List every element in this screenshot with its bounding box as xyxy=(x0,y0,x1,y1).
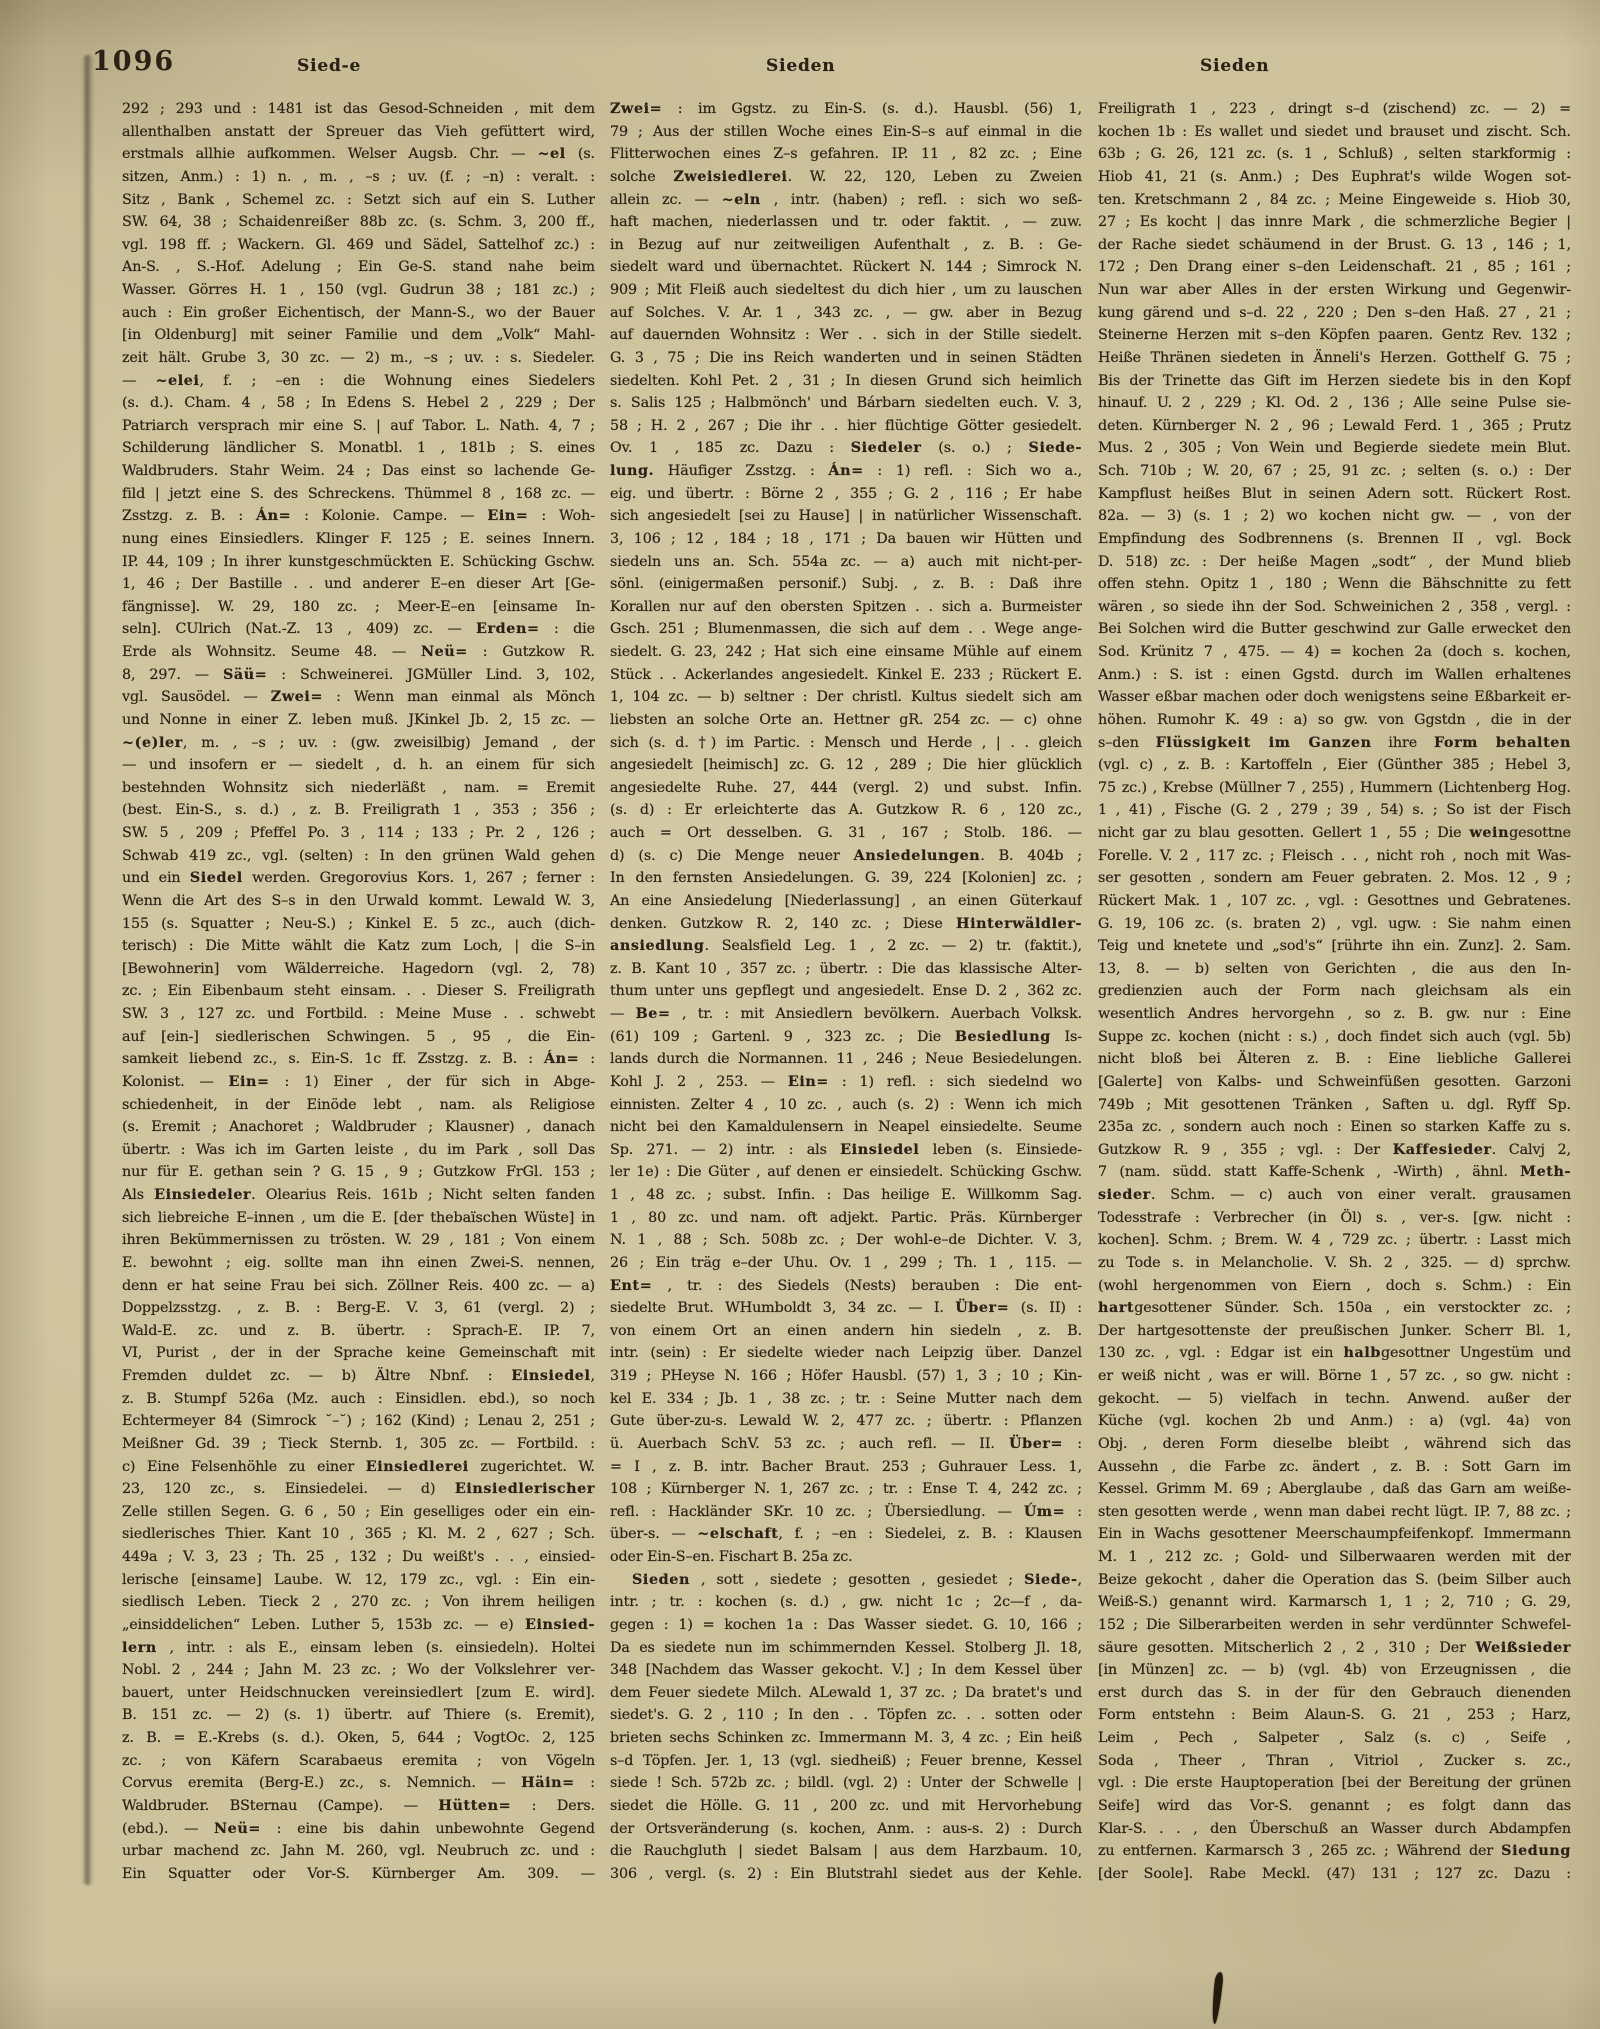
text-line: säure gesotten. Mitscherlich 2 , 2 , 310… xyxy=(1098,1637,1571,1660)
text-line: solche Zweisiedlerei. W. 22, 120, Leben … xyxy=(610,166,1082,189)
text-line: Gsch. 251 ; Blumenmassen, die sich auf d… xyxy=(610,618,1082,641)
text-line: auf dauernden Wohnsitz : Wer . . sich in… xyxy=(610,324,1082,347)
text-line: Nobl. 2 , 244 ; Jahn M. 23 zc. ; Wo der … xyxy=(122,1659,595,1682)
text-line: Soda , Theer , Thran , Vitriol , Zucker … xyxy=(1098,1750,1571,1773)
text-column-2: Zwei= : im Ggstz. zu Ein-S. (s. d.). Hau… xyxy=(610,98,1082,1885)
text-line: deten. Kürnberger N. 2 , 96 ; Lewald Fer… xyxy=(1098,415,1571,438)
text-line: Schwab 419 zc., vgl. (selten) : In den g… xyxy=(122,845,595,868)
text-line: siedet die Hölle. G. 11 , 200 zc. und mi… xyxy=(610,1795,1082,1818)
text-line: Korallen nur auf den obersten Spitzen . … xyxy=(610,596,1082,619)
text-line: siedelte Brut. WHumboldt 3, 34 zc. — I. … xyxy=(610,1297,1082,1320)
text-line: vgl. Sausödel. — Zwei= : Wenn man einmal… xyxy=(122,686,595,709)
text-line: sich angesiedelt [sei zu Hause] | in nat… xyxy=(610,505,1082,528)
text-line: Beize gekocht , daher die Operation das … xyxy=(1098,1569,1571,1592)
text-line: Mus. 2 , 305 ; Von Wein und Begierde sie… xyxy=(1098,437,1571,460)
text-line: ler 1e) : Die Güter , auf denen er einsi… xyxy=(610,1161,1082,1184)
text-line: 63b ; G. 26, 121 zc. (s. 1 , Schluß) , s… xyxy=(1098,143,1571,166)
text-line: [der Soole]. Rabe Meckl. (47) 131 ; 127 … xyxy=(1098,1863,1571,1886)
text-line: E. bewohnt ; eig. sollte man ihn einen Z… xyxy=(122,1252,595,1275)
text-line: Sp. 271. — 2) intr. : als Einsiedel lebe… xyxy=(610,1139,1082,1162)
text-line: Suppe zc. kochen (nicht : s.) , doch fin… xyxy=(1098,1026,1571,1049)
text-column-3: Freiligrath 1 , 223 , dringt s–d (zische… xyxy=(1098,98,1571,1885)
text-line: siedelt ward und übernachtet. Rückert N.… xyxy=(610,256,1082,279)
text-line: Leim , Pech , Salpeter , Salz (s. c) , S… xyxy=(1098,1727,1571,1750)
text-line: wären , so siede ihn der Sod. Schweinich… xyxy=(1098,596,1571,619)
text-line: (vgl. c) , z. B. : Kartoffeln , Eier (Gü… xyxy=(1098,754,1571,777)
text-line: Wald-E. zc. und z. B. übertr. : Sprach-E… xyxy=(122,1320,595,1343)
text-line: hinauf. U. 2 , 229 ; Kl. Od. 2 , 136 ; A… xyxy=(1098,392,1571,415)
text-line: sich liebreiche E–innen , um die E. [der… xyxy=(122,1207,595,1230)
text-line: zc. ; von Käfern Scarabaeus eremita ; vo… xyxy=(122,1750,595,1773)
text-line: An-S. , S.-Hof. Adelung ; Ein Ge-S. stan… xyxy=(122,256,595,279)
text-line: Sch. 710b ; W. 20, 67 ; 25, 91 zc. ; sel… xyxy=(1098,460,1571,483)
text-line: SW. 5 , 209 ; Pfeffel Po. 3 , 114 ; 133 … xyxy=(122,822,595,845)
text-line: Küche (vgl. kochen 2b und Anm.) : a) (vg… xyxy=(1098,1410,1571,1433)
text-line: (wohl hergenommen von Eiern , doch s. Sc… xyxy=(1098,1275,1571,1298)
text-line: SW. 64, 38 ; Schaidenreißer 88b zc. (s. … xyxy=(122,211,595,234)
text-line: 1 , 48 zc. ; subst. Infin. : Das heilige… xyxy=(610,1184,1082,1207)
text-line: zeit hält. Grube 3, 30 zc. — 2) m., –s ;… xyxy=(122,347,595,370)
text-line: Ein in Wachs gesottener Meerschaumpfeife… xyxy=(1098,1523,1571,1546)
text-line: auf Solches. V. Ar. 1 , 343 zc. , — gw. … xyxy=(610,302,1082,325)
text-line: Wenn die Art des S–s in den Urwald kommt… xyxy=(122,890,595,913)
text-line: Sieden , sott , siedete ; gesotten , ges… xyxy=(610,1569,1082,1592)
text-line: Da es siedete nun im schimmernden Kessel… xyxy=(610,1637,1082,1660)
text-line: An eine Ansiedelung [Niederlassung] , an… xyxy=(610,890,1082,913)
text-line: auf [ein-] siedlerischen Schwingen. 5 , … xyxy=(122,1026,595,1049)
text-line: IP. 44, 109 ; In ihrer kunstgeschmückten… xyxy=(122,551,595,574)
text-line: Meißner Gd. 39 ; Tieck Sternb. 1, 305 zc… xyxy=(122,1433,595,1456)
text-line: terisch) : Die Mitte wählt die Katz zum … xyxy=(122,935,595,958)
text-line: nur für E. gethan sein ? G. 15 , 9 ; Gut… xyxy=(122,1161,595,1184)
text-line: Bis der Trinette das Gift im Herzen sied… xyxy=(1098,370,1571,393)
text-line: ser gesotten , sondern am Feuer gebraten… xyxy=(1098,867,1571,890)
text-line: s. Salis 125 ; Halbmönch' und Bárbarn si… xyxy=(610,392,1082,415)
text-line: Echtermeyer 84 (Simrock ˘–˘) ; 162 (Kind… xyxy=(122,1410,595,1433)
text-line: 172 ; Den Drang einer s–den Leidenschaft… xyxy=(1098,256,1571,279)
text-line: Forelle. V. 2 , 117 zc. ; Fleisch . . , … xyxy=(1098,845,1571,868)
text-line: Waldbruder. BSternau (Campe). — Hütten= … xyxy=(122,1795,595,1818)
text-line: gegen : 1) = kochen 1a : Das Wasser sied… xyxy=(610,1614,1082,1637)
text-line: Empfindung des Sodbrennens (s. Brennen I… xyxy=(1098,528,1571,551)
text-line: denn er hat seine Frau bei sich. Zöllner… xyxy=(122,1275,595,1298)
text-line: Wasser. Görres H. 1 , 150 (vgl. Gudrun 3… xyxy=(122,279,595,302)
text-line: kochen 1b : Es wallet und siedet und bra… xyxy=(1098,121,1571,144)
text-line: 1 , 41) , Fische (G. 2 , 279 ; 39 , 54) … xyxy=(1098,799,1571,822)
text-line: Waldbruders. Stahr Weim. 24 ; Das einst … xyxy=(122,460,595,483)
text-line: liebsten an solche Orte an. Hettner gR. … xyxy=(610,709,1082,732)
text-line: der Rache siedet schäumend in der Brust.… xyxy=(1098,234,1571,257)
text-line: (s. d) : Er erleichterte das A. Gutzkow … xyxy=(610,799,1082,822)
text-line: siedelt. G. 23, 242 ; Hat sich eine eins… xyxy=(610,641,1082,664)
text-line: — und insofern er — siedelt , d. h. an e… xyxy=(122,754,595,777)
text-line: hartgesottener Sünder. Sch. 150a , ein v… xyxy=(1098,1297,1571,1320)
text-line: — ~elei, f. ; –en : die Wohnung eines Si… xyxy=(122,370,595,393)
text-line: haft machen, niederlassen und tr. oder f… xyxy=(610,211,1082,234)
text-line: Sod. Krünitz 7 , 475. — 4) = kochen 2a (… xyxy=(1098,641,1571,664)
text-line: dem Feuer siedete Milch. ALewald 1, 37 z… xyxy=(610,1682,1082,1705)
text-line: Weiß-S.) genannt wird. Karmarsch 1, 1 ; … xyxy=(1098,1591,1571,1614)
text-line: G. 19, 106 zc. (s. braten 2) , vgl. ugw.… xyxy=(1098,913,1571,936)
text-line: Aussehn , die Farbe zc. ändert , z. B. :… xyxy=(1098,1456,1571,1479)
text-line: denken. Gutzkow R. 2, 140 zc. ; Diese Hi… xyxy=(610,913,1082,936)
text-line: allenthalben anstatt der Spreuer das Vie… xyxy=(122,121,595,144)
text-line: fild | jetzt eine S. des Schreckens. Thü… xyxy=(122,483,595,506)
text-line: Erde als Wohnsitz. Seume 48. — Neü= : Gu… xyxy=(122,641,595,664)
text-line: Teig und knetete und „sod's“ [rührte ihn… xyxy=(1098,935,1571,958)
text-line: er weiß nicht , was er will. Börne 1 , 5… xyxy=(1098,1365,1571,1388)
text-line: Kolonist. — Ein= : 1) Einer , der für si… xyxy=(122,1071,595,1094)
text-line: siede ! Sch. 572b zc. ; bildl. (vgl. 2) … xyxy=(610,1772,1082,1795)
ink-smudge xyxy=(1210,1972,1223,2025)
text-line: und Nonne in einer Z. leben muß. JKinkel… xyxy=(122,709,595,732)
text-line: Heiße Thränen siedeten in Änneli's Herze… xyxy=(1098,347,1571,370)
text-line: siedeln uns an. Sch. 554a zc. — a) auch … xyxy=(610,551,1082,574)
text-line: siedelten. Kohl Pet. 2 , 31 ; In diesen … xyxy=(610,370,1082,393)
text-line: siedet's. G. 2 , 110 ; In den . . Töpfen… xyxy=(610,1704,1082,1727)
text-line: auch : Ein großer Eichentisch, der Mann-… xyxy=(122,302,595,325)
text-line: intr. (sein) : Er siedelte wieder nach L… xyxy=(610,1342,1082,1365)
text-line: 13, 8. — b) selten von Gerichten , die a… xyxy=(1098,958,1571,981)
text-line: nicht bei den Kamaldulensern in Neapel e… xyxy=(610,1116,1082,1139)
text-line: thum unter uns gepflegt und angesiedelt.… xyxy=(610,980,1082,1003)
running-head-col2: Sieden xyxy=(766,56,835,76)
text-line: 7 (nam. südd. statt Kaffe-Schenk , -Wirt… xyxy=(1098,1161,1571,1184)
text-line: Form entstehn : Beim Alaun-S. G. 21 , 25… xyxy=(1098,1704,1571,1727)
text-line: 79 ; Aus der stillen Woche eines Ein-S–s… xyxy=(610,121,1082,144)
text-line: Der hartgesottenste der preußischen Junk… xyxy=(1098,1320,1571,1343)
text-line: die Rauchgluth | siedet Balsam | aus dem… xyxy=(610,1840,1082,1863)
text-line: Nun war aber Alles in der ersten Wirkung… xyxy=(1098,279,1571,302)
text-line: Steinerne Herzen mit s–den Köpfen paaren… xyxy=(1098,324,1571,347)
text-line: N. 1 , 88 ; Sch. 508b zc. ; Der wohl-e–d… xyxy=(610,1229,1082,1252)
text-line: kung gärend und s–d. 22 , 220 ; Den s–de… xyxy=(1098,302,1571,325)
text-line: Sitz , Bank , Schemel zc. : Setzt sich a… xyxy=(122,189,595,212)
text-line: lung. Häufiger Zsstzg. : Án= : 1) refl. … xyxy=(610,460,1082,483)
text-line: 306 , vergl. (s. 2) : Ein Blutstrahl sie… xyxy=(610,1863,1082,1886)
text-line: ~(e)ler, m. , –s ; uv. : (gw. zweisilbig… xyxy=(122,732,595,755)
text-line: In den fernsten Ansiedelungen. G. 39, 22… xyxy=(610,867,1082,890)
text-line: siedlisch Leben. Tieck 2 , 270 zc. ; Von… xyxy=(122,1591,595,1614)
text-line: z. B. = E.-Krebs (s. d.). Oken, 5, 644 ;… xyxy=(122,1727,595,1750)
text-line: = I , z. B. intr. Bacher Braut. 253 ; Gu… xyxy=(610,1456,1082,1479)
text-line: nicht gar zu blau gesotten. Gellert 1 , … xyxy=(1098,822,1571,845)
text-line: Wasser eßbar machen oder doch wenigstens… xyxy=(1098,686,1571,709)
text-line: einnisten. Zelter 4 , 10 zc. , auch (s. … xyxy=(610,1094,1082,1117)
text-line: kochen]. Schm. ; Brem. W. 4 , 729 zc. ; … xyxy=(1098,1229,1571,1252)
page-number: 1096 xyxy=(92,46,175,77)
text-line: urbar machend zc. Jahn M. 260, vgl. Neub… xyxy=(122,1840,595,1863)
text-line: Corvus eremita (Berg-E.) zc., s. Nemnich… xyxy=(122,1772,595,1795)
text-line: Freiligrath 1 , 223 , dringt s–d (zische… xyxy=(1098,98,1571,121)
text-line: sten gesotten werde , wenn man dabei rec… xyxy=(1098,1501,1571,1524)
text-line: d) (s. c) Die Menge neuer Ansiedelungen.… xyxy=(610,845,1082,868)
text-line: ü. Auerbach SchV. 53 zc. ; auch refl. — … xyxy=(610,1433,1082,1456)
text-line: über-s. — ~elschaft, f. ; –en : Siedelei… xyxy=(610,1523,1082,1546)
text-line: Kohl J. 2 , 253. — Ein= : 1) refl. : sic… xyxy=(610,1071,1082,1094)
text-line: 909 ; Mit Fleiß auch siedeltest du dich … xyxy=(610,279,1082,302)
text-line: Stück . . Ackerlandes angesiedelt. Kinke… xyxy=(610,664,1082,687)
text-line: 1 , 80 zc. und nam. oft adjekt. Partic. … xyxy=(610,1207,1082,1230)
text-line: gekocht. — 5) vielfach in techn. Anwend.… xyxy=(1098,1388,1571,1411)
text-line: (ebd.). — Neü= : eine bis dahin unbewohn… xyxy=(122,1818,595,1841)
text-line: angesiedelt [heimisch] zc. G. 12 , 289 ;… xyxy=(610,754,1082,777)
text-line: (best. Ein-S., s. d.) , z. B. Freiligrat… xyxy=(122,799,595,822)
text-line: vgl. 198 ff. ; Wackern. Gl. 469 und Säde… xyxy=(122,234,595,257)
text-line: höhen. Rumohr K. 49 : a) so gw. von Ggst… xyxy=(1098,709,1571,732)
text-line: sich (s. d. †) im Partic. : Mensch und H… xyxy=(610,732,1082,755)
text-line: 26 ; Ein träg e–der Uhu. Ov. 1 , 299 ; T… xyxy=(610,1252,1082,1275)
text-line: fängnisse]. W. 29, 180 zc. ; Meer-E–en [… xyxy=(122,596,595,619)
text-line: 3, 106 ; 12 , 184 ; 18 , 171 ; Da bauen … xyxy=(610,528,1082,551)
text-line: 130 zc. , vgl. : Edgar ist ein halbgesot… xyxy=(1098,1342,1571,1365)
text-line: [Bewohnerin] vom Wälderreiche. Hagedorn … xyxy=(122,958,595,981)
text-line: samkeit liebend zc., s. Ein-S. 1c ff. Zs… xyxy=(122,1048,595,1071)
running-head-col3: Sieden xyxy=(1200,56,1269,76)
text-line: eig. und übertr. : Börne 2 , 355 ; G. 2 … xyxy=(610,483,1082,506)
text-line: auch = Ort desselben. G. 31 , 167 ; Stol… xyxy=(610,822,1082,845)
text-line: M. 1 , 212 zc. ; Gold- und Silberwaaren … xyxy=(1098,1546,1571,1569)
text-line: Anm.) : S. ist : einen Ggstd. durch im W… xyxy=(1098,664,1571,687)
text-line: Obj. , deren Form dieselbe bleibt , währ… xyxy=(1098,1433,1571,1456)
text-line: schiedenheit, in der Einöde lebt , nam. … xyxy=(122,1094,595,1117)
text-line: Zwei= : im Ggstz. zu Ein-S. (s. d.). Hau… xyxy=(610,98,1082,121)
scanned-dictionary-page: 1096 Sied-e Sieden Sieden 292 ; 293 und … xyxy=(0,0,1600,2029)
text-line: angesiedelte Ruhe. 27, 444 (vergl. 2) un… xyxy=(610,777,1082,800)
text-line: Hiob 41, 21 (s. Anm.) ; Des Euphrat's wi… xyxy=(1098,166,1571,189)
text-line: Ein Squatter oder Vor-S. Kürnberger Am. … xyxy=(122,1863,595,1886)
text-line: Doppelzsstzg. , z. B. : Berg-E. V. 3, 61… xyxy=(122,1297,595,1320)
text-line: zc. ; Ein Eibenbaum steht einsam. . . Di… xyxy=(122,980,595,1003)
text-line: 58 ; H. 2 , 267 ; Die ihr . . hier flüch… xyxy=(610,415,1082,438)
text-column-1: 292 ; 293 und : 1481 ist das Gesod-Schne… xyxy=(122,98,595,1885)
text-line: 82a. — 3) (s. 1 ; 2) wo kochen nicht gw.… xyxy=(1098,505,1571,528)
text-line: (61) 109 ; Gartenl. 9 , 323 zc. ; Die Be… xyxy=(610,1026,1082,1049)
text-line: ihren Bekümmernissen zu trösten. W. 29 ,… xyxy=(122,1229,595,1252)
text-line: 155 (s. Squatter ; Neu-S.) ; Kinkel E. 5… xyxy=(122,913,595,936)
text-line: (s. d.). Cham. 4 , 58 ; In Edens S. Hebe… xyxy=(122,392,595,415)
text-line: 8, 297. — Säü= : Schweinerei. JGMüller L… xyxy=(122,664,595,687)
text-line: 152 ; Die Silberarbeiten werden in sehr … xyxy=(1098,1614,1571,1637)
text-line: „einsiddelichen“ Leben. Luther 5, 153b z… xyxy=(122,1614,595,1637)
text-line: Bei Solchen wird die Butter geschwind zu… xyxy=(1098,618,1571,641)
text-line: [in Oldenburg] mit seiner Familie und de… xyxy=(122,324,595,347)
text-line: 292 ; 293 und : 1481 ist das Gesod-Schne… xyxy=(122,98,595,121)
text-line: [Galerte] von Kalbs- und Schweinfüßen ge… xyxy=(1098,1071,1571,1094)
text-line: lands durch die Normannen. 11 , 246 ; Ne… xyxy=(610,1048,1082,1071)
text-line: von einem Ort an einen andern hin siedel… xyxy=(610,1320,1082,1343)
text-line: bauert, unter Heidschnucken vereinsiedle… xyxy=(122,1682,595,1705)
running-head-col1: Sied-e xyxy=(297,56,361,76)
text-line: 235a zc. , sondern auch noch : Einen so … xyxy=(1098,1116,1571,1139)
text-line: (s. Eremit ; Anachoret ; Waldbruder ; Kl… xyxy=(122,1116,595,1139)
text-line: brieten sechs Schinken zc. Immermann M. … xyxy=(610,1727,1082,1750)
text-line: D. 518) zc. : Der heiße Magen „sodt“ , d… xyxy=(1098,551,1571,574)
text-line: oder Ein-S–en. Fischart B. 25a zc. xyxy=(610,1546,1082,1569)
text-line: ansiedlung. Sealsfield Leg. 1 , 2 zc. — … xyxy=(610,935,1082,958)
text-line: 319 ; PHeyse N. 166 ; Höfer Hausbl. (57)… xyxy=(610,1365,1082,1388)
text-line: kel E. 334 ; Jb. 1 , 38 zc. ; tr. : Sein… xyxy=(610,1388,1082,1411)
text-line: z. B. Stumpf 526a (Mz. auch : Einsidlen.… xyxy=(122,1388,595,1411)
text-line: ten. Kretschmann 2 , 84 zc. ; Meine Eing… xyxy=(1098,189,1571,212)
text-line: übertr. : Was ich im Garten leiste , du … xyxy=(122,1139,595,1162)
text-line: Rückert Mak. 1 , 107 zc. , vgl. : Gesott… xyxy=(1098,890,1571,913)
text-line: [in Münzen] zc. — b) (vgl. 4b) von Erzeu… xyxy=(1098,1659,1571,1682)
text-line: sitzen, Anm.) : 1) n. , m. , –s ; uv. (f… xyxy=(122,166,595,189)
text-line: lern , intr. : als E., einsam leben (s. … xyxy=(122,1637,595,1660)
text-line: Zelle stillen Segen. G. 6 , 50 ; Ein ges… xyxy=(122,1501,595,1524)
text-line: vgl. : Die erste Hauptoperation [bei der… xyxy=(1098,1772,1571,1795)
text-line: Gutzkow R. 9 , 355 ; vgl. : Der Kaffesie… xyxy=(1098,1139,1571,1162)
gutter-shadow xyxy=(82,55,94,1885)
text-line: Fremden duldet zc. — b) Ältre Nbnf. : Ei… xyxy=(122,1365,595,1388)
text-line: Ov. 1 , 185 zc. Dazu : Siedeler (s. o.) … xyxy=(610,437,1082,460)
text-line: Kampflust heißes Blut in seinen Adern so… xyxy=(1098,483,1571,506)
text-line: Schilderung ländlicher S. Monatbl. 1 , 1… xyxy=(122,437,595,460)
text-line: 23, 120 zc., s. Einsiedelei. — d) Einsie… xyxy=(122,1478,595,1501)
text-line: seln]. CUlrich (Nat.-Z. 13 , 409) zc. — … xyxy=(122,618,595,641)
text-line: allein zc. — ~eln , intr. (haben) ; refl… xyxy=(610,189,1082,212)
text-line: siedlerisches Thier. Kant 10 , 365 ; Kl.… xyxy=(122,1523,595,1546)
text-line: Flitterwochen eines Z–s gefahren. IP. 11… xyxy=(610,143,1082,166)
text-line: Patriarch versprach mir eine S. | auf Ta… xyxy=(122,415,595,438)
text-line: der Ortsveränderung (s. kochen, Anm. : a… xyxy=(610,1818,1082,1841)
text-line: sieder. Schm. — c) auch von einer veralt… xyxy=(1098,1184,1571,1207)
text-line: nung eines Einsiedlers. Klinger F. 125 ;… xyxy=(122,528,595,551)
text-line: z. B. Kant 10 , 357 zc. ; übertr. : Die … xyxy=(610,958,1082,981)
text-line: 108 ; Kürnberger N. 1, 267 zc. ; tr. : E… xyxy=(610,1478,1082,1501)
text-line: — Be= , tr. : mit Ansiedlern bevölkern. … xyxy=(610,1003,1082,1026)
text-line: B. 151 zc. — 2) (s. 1) übertr. auf Thier… xyxy=(122,1704,595,1727)
text-line: s–den Flüssigkeit im Ganzen ihre Form be… xyxy=(1098,732,1571,755)
text-line: gredienzien auch der Form nach gleichsam… xyxy=(1098,980,1571,1003)
text-line: zu Tode s. in Melancholie. V. Sh. 2 , 32… xyxy=(1098,1252,1571,1275)
text-line: s–d Töpfen. Jer. 1, 13 (vgl. siedheiß) ;… xyxy=(610,1750,1082,1773)
text-line: 75 zc.) , Krebse (Müllner 7 , 255) , Hum… xyxy=(1098,777,1571,800)
text-line: Kessel. Grimm M. 69 ; Aberglaube , daß d… xyxy=(1098,1478,1571,1501)
text-line: zu entfernen. Karmarsch 3 , 265 zc. ; Wä… xyxy=(1098,1840,1571,1863)
text-line: und ein Siedel werden. Gregorovius Kors.… xyxy=(122,867,595,890)
text-line: erst durch das S. in der für den Gebrauc… xyxy=(1098,1682,1571,1705)
text-line: c) Eine Felsenhöhle zu einer Einsiedlere… xyxy=(122,1456,595,1479)
text-line: bestehnden Wohnsitz sich niederläßt , na… xyxy=(122,777,595,800)
text-line: Als Einsiedeler. Olearius Reis. 161b ; N… xyxy=(122,1184,595,1207)
text-line: lerische [einsame] Laube. W. 12, 179 zc.… xyxy=(122,1569,595,1592)
text-line: 27 ; Es kocht | das innre Mark , die sch… xyxy=(1098,211,1571,234)
text-line: offen stehn. Opitz 1 , 180 ; Wenn die Bä… xyxy=(1098,573,1571,596)
text-line: refl. : Hackländer SKr. 10 zc. ; Übersie… xyxy=(610,1501,1082,1524)
text-line: Gute über-zu-s. Lewald W. 2, 477 zc. ; ü… xyxy=(610,1410,1082,1433)
text-line: 449a ; V. 3, 23 ; Th. 25 , 132 ; Du weiß… xyxy=(122,1546,595,1569)
text-line: SW. 3 , 127 zc. und Fortbild. : Meine Mu… xyxy=(122,1003,595,1026)
text-line: Ent= , tr. : des Siedels (Nests) beraube… xyxy=(610,1275,1082,1298)
text-line: in Bezug auf nur zeitweiligen Aufenthalt… xyxy=(610,234,1082,257)
text-line: G. 3 , 75 ; Die ins Reich wanderten und … xyxy=(610,347,1082,370)
text-line: Todesstrafe : Verbrecher (in Öl) s. , ve… xyxy=(1098,1207,1571,1230)
text-line: Seife] wird das Vor-S. genannt ; es folg… xyxy=(1098,1795,1571,1818)
text-line: erstmals allhie aufkommen. Welser Augsb.… xyxy=(122,143,595,166)
text-line: Zsstzg. z. B. : Án= : Kolonie. Campe. — … xyxy=(122,505,595,528)
text-line: VI, Purist , der in der Sprache keine Ge… xyxy=(122,1342,595,1365)
text-line: wesentlich Andres hervorgehn , so z. B. … xyxy=(1098,1003,1571,1026)
text-line: nicht bloß bei Älteren z. B. : Eine lieb… xyxy=(1098,1048,1571,1071)
text-line: sönl. (einigermaßen personif.) Subj. , z… xyxy=(610,573,1082,596)
text-line: 348 [Nachdem das Wasser gekocht. V.] ; I… xyxy=(610,1659,1082,1682)
text-line: Klar-S. . . , den Überschuß an Wasser du… xyxy=(1098,1818,1571,1841)
text-line: 749b ; Mit gesottenen Tränken , Saften u… xyxy=(1098,1094,1571,1117)
text-line: 1, 46 ; Der Bastille . . und anderer E–e… xyxy=(122,573,595,596)
text-line: 1, 104 zc. — b) seltner : Der christl. K… xyxy=(610,686,1082,709)
text-line: intr. ; tr. : kochen (s. d.) , gw. nicht… xyxy=(610,1591,1082,1614)
